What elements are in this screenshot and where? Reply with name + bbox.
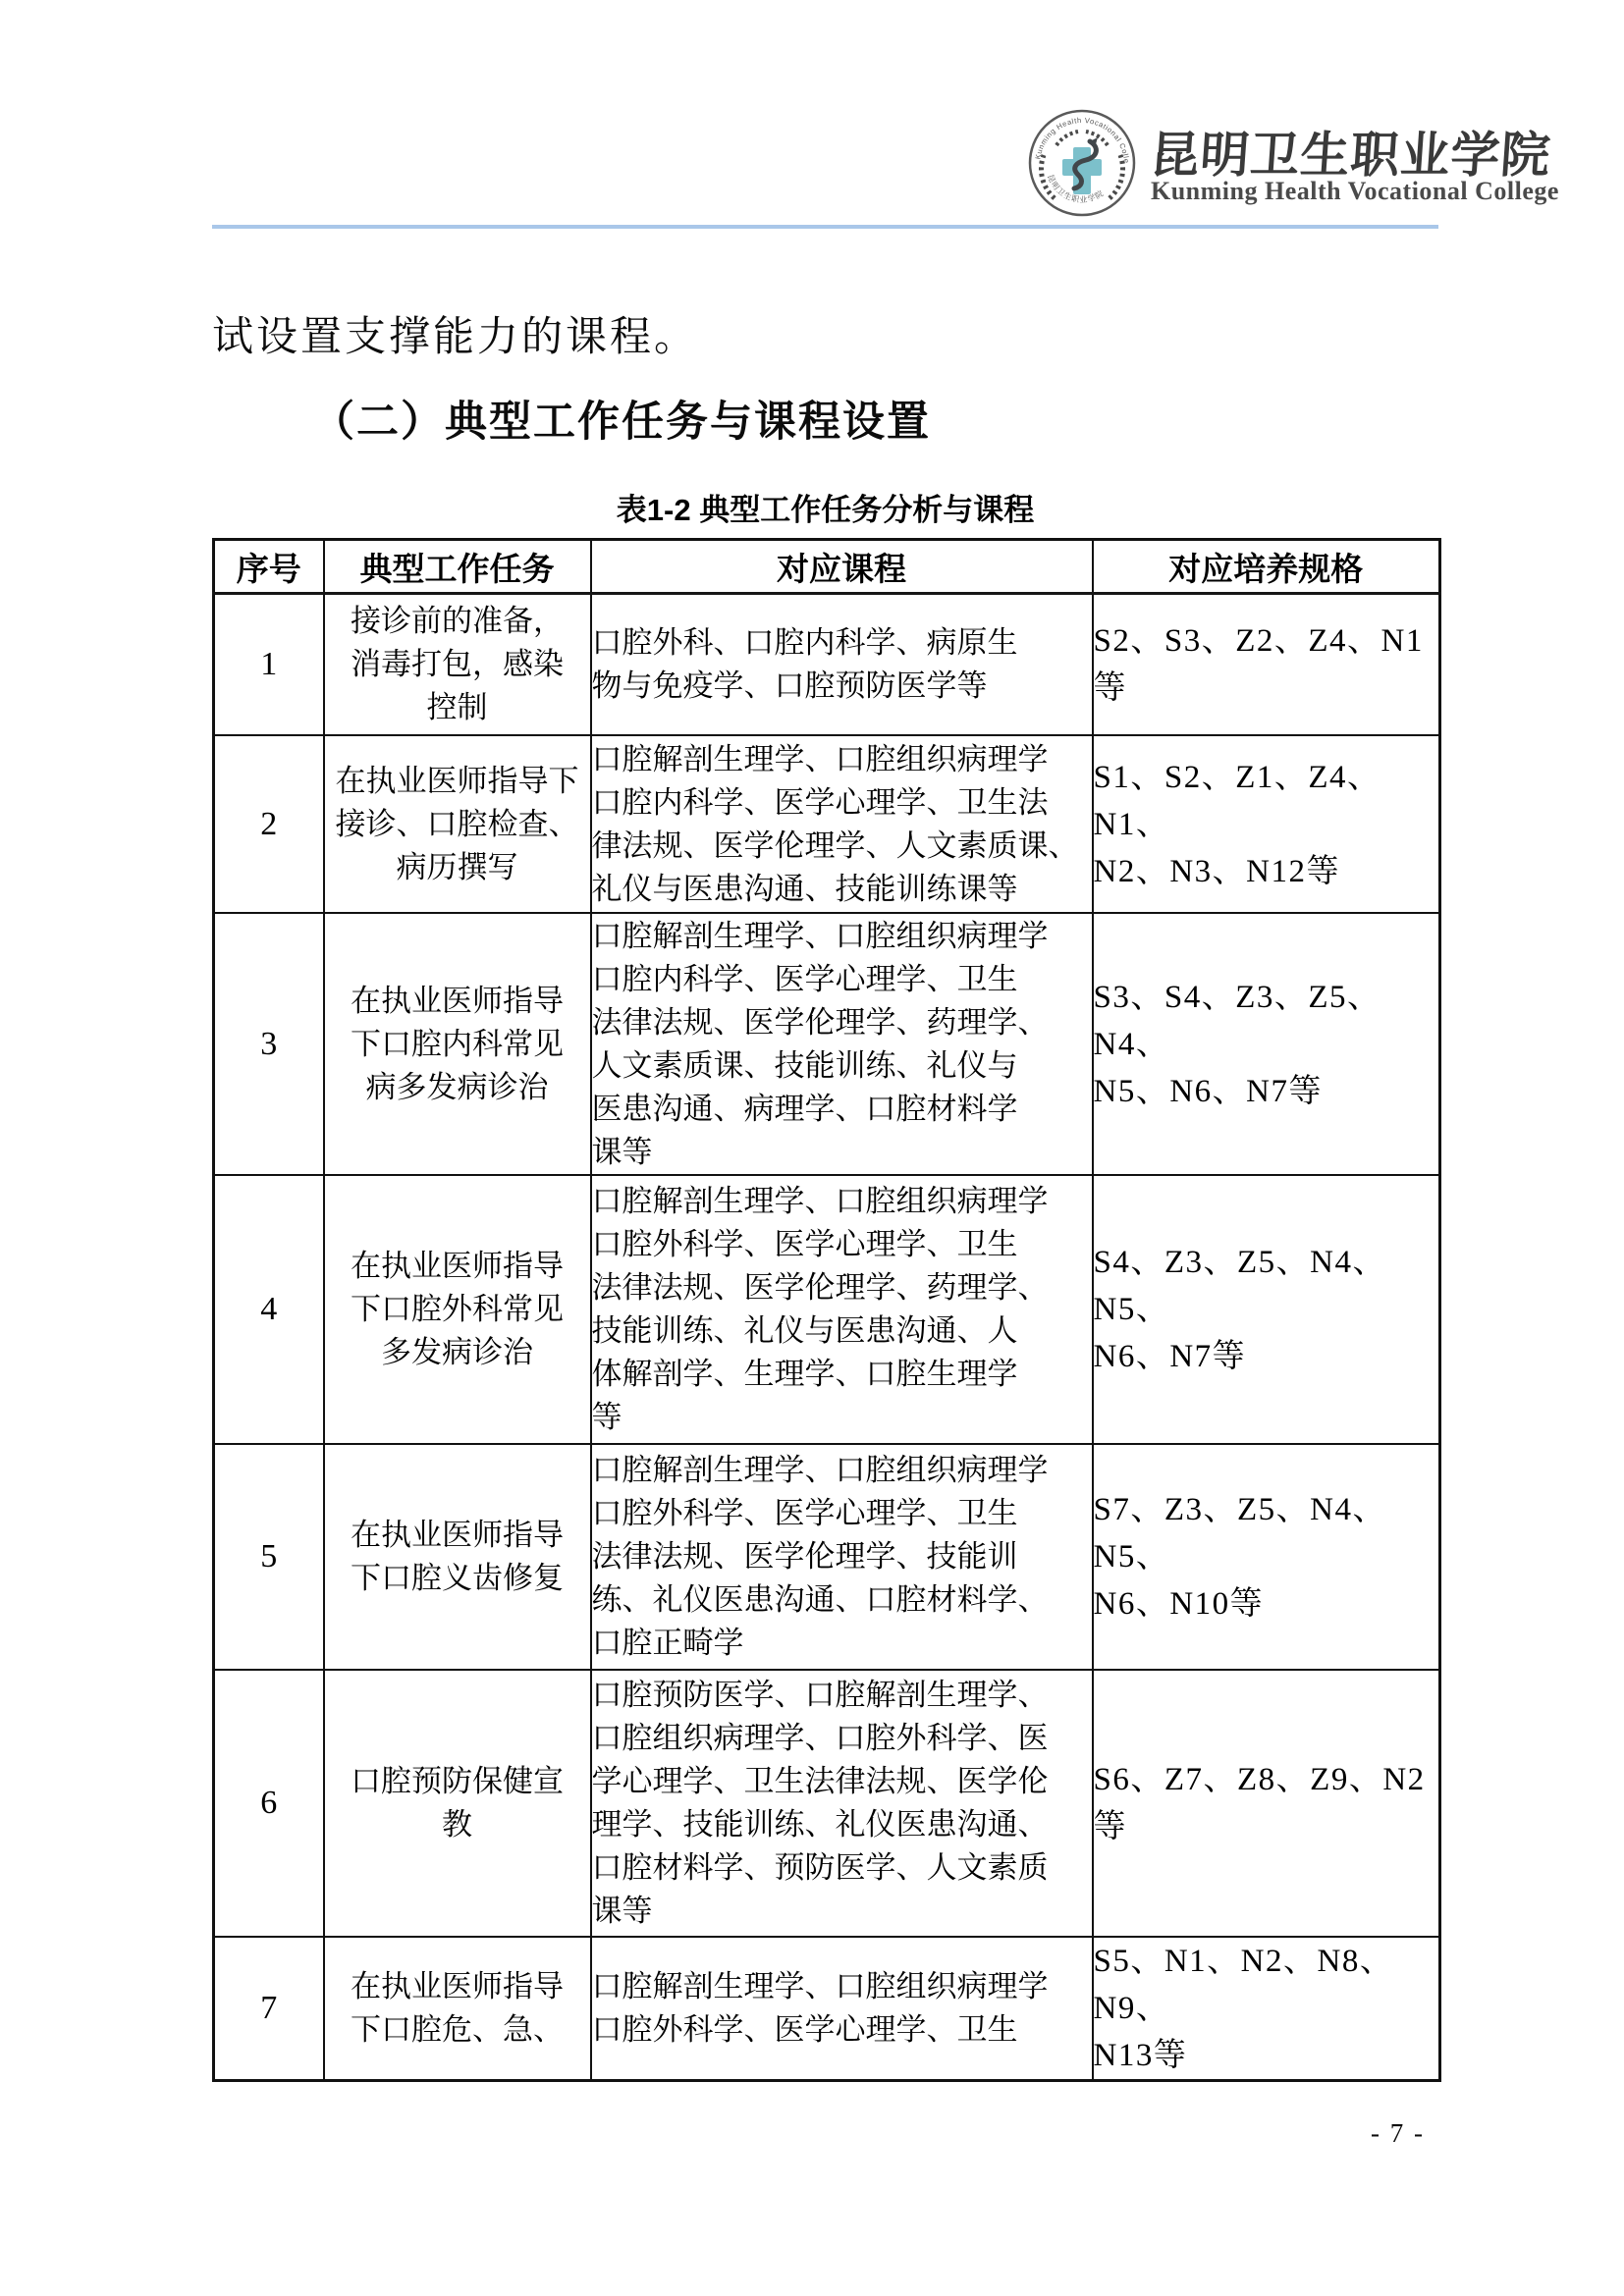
courses-cell: 口腔解剖生理学、口腔组织病理学 口腔外科学、医学心理学、卫生 法律法规、医学伦理… — [591, 1175, 1093, 1444]
row-number-cell: 2 — [214, 735, 324, 913]
specs-cell: S4、Z3、Z5、N4、N5、 N6、N7等 — [1093, 1175, 1440, 1444]
courses-cell: 口腔解剖生理学、口腔组织病理学 口腔外科学、医学心理学、卫生 法律法规、医学伦理… — [591, 1444, 1093, 1670]
table-row: 4在执业医师指导 下口腔外科常见 多发病诊治口腔解剖生理学、口腔组织病理学 口腔… — [214, 1175, 1440, 1444]
table-caption: 表1-2 典型工作任务分析与课程 — [212, 485, 1438, 529]
table-header-row: 序号 典型工作任务 对应课程 对应培养规格 — [214, 540, 1440, 594]
task-cell: 在执业医师指导下 接诊、口腔检查、 病历撰写 — [324, 735, 591, 913]
courses-cell: 口腔解剖生理学、口腔组织病理学 口腔内科学、医学心理学、卫生法 律法规、医学伦理… — [591, 735, 1093, 913]
task-cell: 接诊前的准备， 消毒打包，感染 控制 — [324, 594, 591, 736]
courses-cell: 口腔解剖生理学、口腔组织病理学 口腔外科学、医学心理学、卫生 — [591, 1937, 1093, 2081]
task-cell: 在执业医师指导 下口腔外科常见 多发病诊治 — [324, 1175, 591, 1444]
task-cell: 在执业医师指导 下口腔危、急、 — [324, 1937, 591, 2081]
specs-cell: S6、Z7、Z8、Z9、N2 等 — [1093, 1670, 1440, 1937]
intro-paragraph: 试设置支撑能力的课程。 — [212, 304, 1439, 363]
courses-cell: 口腔外科、口腔内科学、病原生 物与免疫学、口腔预防医学等 — [591, 594, 1093, 736]
courses-cell: 口腔解剖生理学、口腔组织病理学 口腔内科学、医学心理学、卫生 法律法规、医学伦理… — [591, 913, 1093, 1175]
table-row: 7在执业医师指导 下口腔危、急、口腔解剖生理学、口腔组织病理学 口腔外科学、医学… — [214, 1937, 1440, 2081]
col-header-task: 典型工作任务 — [324, 540, 591, 594]
section-heading: （二）典型工作任务与课程设置 — [312, 389, 1392, 449]
document-page: Kunming Health Vocational College 昆明卫生职业… — [0, 0, 1624, 2296]
table-row: 3在执业医师指导 下口腔内科常见 病多发病诊治口腔解剖生理学、口腔组织病理学 口… — [214, 913, 1440, 1175]
college-name-calligraphy: 昆明卫生职业学院 — [1149, 116, 1545, 179]
courses-cell: 口腔预防医学、口腔解剖生理学、 口腔组织病理学、口腔外科学、医 学心理学、卫生法… — [591, 1670, 1093, 1937]
table-row: 5在执业医师指导 下口腔义齿修复口腔解剖生理学、口腔组织病理学 口腔外科学、医学… — [214, 1444, 1440, 1670]
row-number-cell: 1 — [214, 594, 324, 736]
row-number-cell: 7 — [214, 1937, 324, 2081]
col-header-no: 序号 — [214, 540, 324, 594]
typical-tasks-table-wrap: 序号 典型工作任务 对应课程 对应培养规格 1接诊前的准备， 消毒打包，感染 控… — [212, 538, 1438, 2082]
specs-cell: S3、S4、Z3、Z5、N4、 N5、N6、N7等 — [1093, 913, 1440, 1175]
page-number: - 7 - — [1371, 2118, 1425, 2149]
table-body: 1接诊前的准备， 消毒打包，感染 控制口腔外科、口腔内科学、病原生 物与免疫学、… — [214, 594, 1440, 2081]
specs-cell: S7、Z3、Z5、N4、N5、 N6、N10等 — [1093, 1444, 1440, 1670]
col-header-courses: 对应课程 — [591, 540, 1093, 594]
task-cell: 在执业医师指导 下口腔义齿修复 — [324, 1444, 591, 1670]
specs-cell: S5、N1、N2、N8、N9、 N13等 — [1093, 1937, 1440, 2081]
col-header-specs: 对应培养规格 — [1093, 540, 1440, 594]
table-row: 2在执业医师指导下 接诊、口腔检查、 病历撰写口腔解剖生理学、口腔组织病理学 口… — [214, 735, 1440, 913]
specs-cell: S1、S2、Z1、Z4、N1、 N2、N3、N12等 — [1093, 735, 1440, 913]
typical-tasks-table: 序号 典型工作任务 对应课程 对应培养规格 1接诊前的准备， 消毒打包，感染 控… — [212, 538, 1441, 2082]
header-rule — [212, 225, 1438, 229]
task-cell: 在执业医师指导 下口腔内科常见 病多发病诊治 — [324, 913, 591, 1175]
row-number-cell: 6 — [214, 1670, 324, 1937]
table-row: 1接诊前的准备， 消毒打包，感染 控制口腔外科、口腔内科学、病原生 物与免疫学、… — [214, 594, 1440, 736]
row-number-cell: 5 — [214, 1444, 324, 1670]
college-name-english: Kunming Health Vocational College — [1151, 177, 1563, 210]
task-cell: 口腔预防保健宣 教 — [324, 1670, 591, 1937]
college-seal-icon: Kunming Health Vocational College 昆明卫生职业… — [1027, 108, 1137, 218]
table-row: 6口腔预防保健宣 教口腔预防医学、口腔解剖生理学、 口腔组织病理学、口腔外科学、… — [214, 1670, 1440, 1937]
specs-cell: S2、S3、Z2、Z4、N1 等 — [1093, 594, 1440, 736]
row-number-cell: 4 — [214, 1175, 324, 1444]
row-number-cell: 3 — [214, 913, 324, 1175]
